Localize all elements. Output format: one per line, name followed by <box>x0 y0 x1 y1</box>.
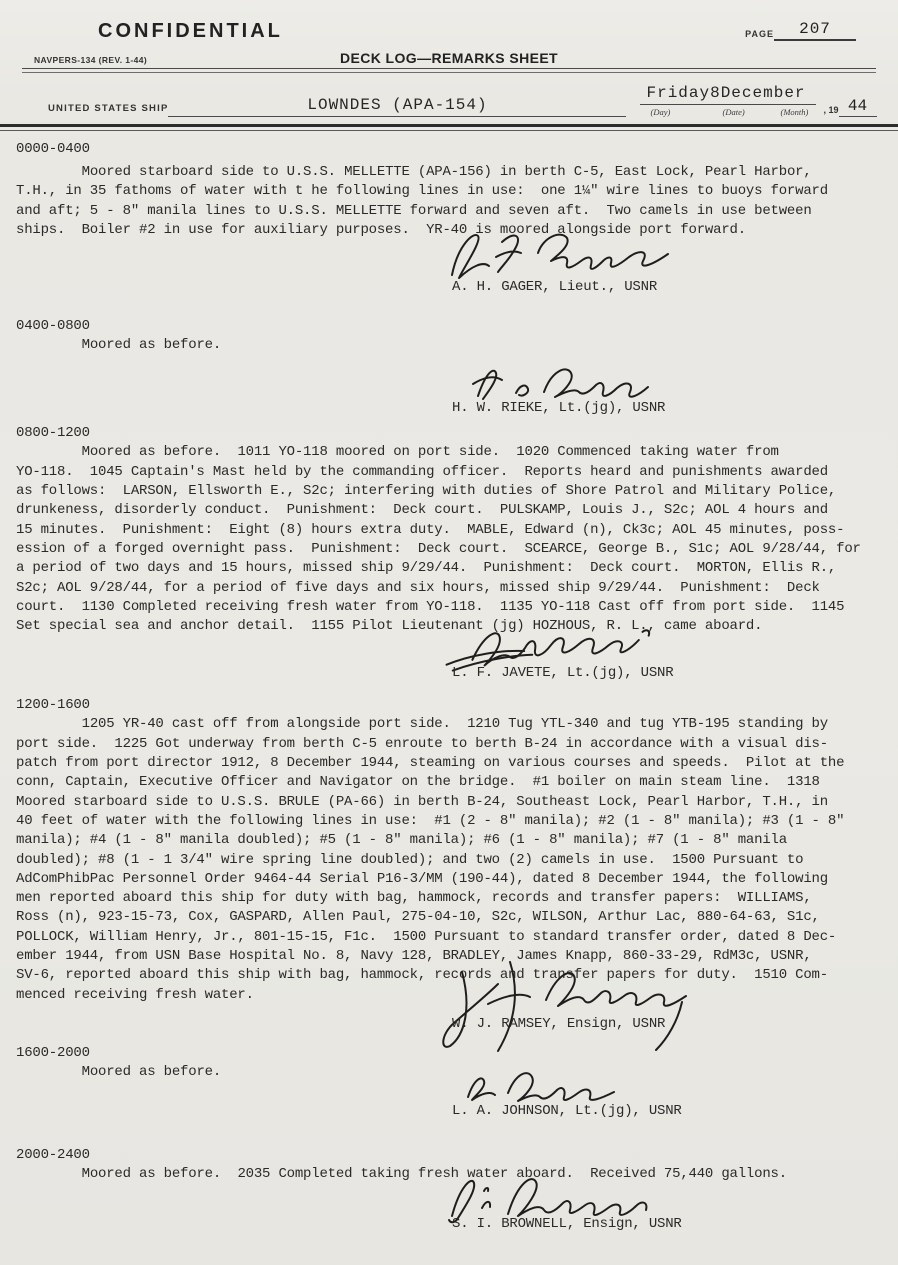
entry-text: Moored as before. <box>16 336 886 355</box>
log-entry-0400-0800: 0400-0800 Moored as before. H. W. RIEKE,… <box>16 317 886 416</box>
ship-identification-row: UNITED STATES SHIP LOWNDES (APA-154) Fri… <box>48 84 868 117</box>
document-title: DECK LOG—REMARKS SHEET <box>340 50 558 66</box>
date-group: Friday 8 December (Day) (Date) (Month) <box>640 84 815 117</box>
log-entry-0000-0400: 0000-0400 Moored starboard side to U.S.S… <box>16 140 886 295</box>
handwritten-signature-rieke <box>466 362 656 404</box>
log-entry-1200-1600: 1200-1600 1205 YR-40 cast off from along… <box>16 696 886 1031</box>
signature-block: S. I. BROWNELL, Ensign, USNR <box>452 1213 812 1232</box>
day-caption: (Day) <box>650 107 722 117</box>
signature-block: W. J. RAMSEY, Ensign, USNR <box>452 1013 812 1032</box>
log-entry-2000-2400: 2000-2400 Moored as before. 2035 Complet… <box>16 1146 886 1231</box>
page-number: 207 <box>774 20 856 41</box>
entry-text: Moored as before. 1011 YO-118 moored on … <box>16 443 886 636</box>
month-caption: (Month) <box>780 107 808 117</box>
signature-block: H. W. RIEKE, Lt.(jg), USNR <box>452 397 812 416</box>
year-group: , 19 44 <box>824 97 877 117</box>
year-value: 44 <box>839 97 877 117</box>
signature-typed-name: L. A. JOHNSON, Lt.(jg), USNR <box>452 1103 682 1119</box>
log-entry-0800-1200: 0800-1200 Moored as before. 1011 YO-118 … <box>16 424 886 681</box>
ship-label: UNITED STATES SHIP <box>48 103 168 117</box>
log-entry-1600-2000: 1600-2000 Moored as before. L. A. JOHNSO… <box>16 1044 886 1119</box>
entry-text: Moored starboard side to U.S.S. MELLETTE… <box>16 163 886 240</box>
ship-name: LOWNDES (APA-154) <box>168 96 626 117</box>
page-label: PAGE <box>745 29 774 41</box>
signature-typed-name: L. F. JAVETE, Lt.(jg), USNR <box>452 665 673 681</box>
date-line: Friday 8 December <box>640 84 815 105</box>
header-divider <box>22 68 876 73</box>
signature-block: L. A. JOHNSON, Lt.(jg), USNR <box>452 1100 812 1119</box>
watch-time-range: 1200-1600 <box>16 696 886 715</box>
signature-typed-name: A. H. GAGER, Lieut., USNR <box>452 279 657 295</box>
watch-time-range: 0400-0800 <box>16 317 886 336</box>
signature-block: L. F. JAVETE, Lt.(jg), USNR <box>452 662 812 681</box>
header-heavy-rule <box>0 124 898 131</box>
watch-time-range: 1600-2000 <box>16 1044 886 1063</box>
classification-stamp: CONFIDENTIAL <box>98 20 283 43</box>
year-prefix: , 19 <box>824 105 839 117</box>
form-number: NAVPERS-134 (REV. 1-44) <box>34 55 147 65</box>
entry-text: 1205 YR-40 cast off from alongside port … <box>16 715 886 1004</box>
watch-time-range: 0800-1200 <box>16 424 886 443</box>
page-number-field: PAGE 207 <box>745 20 856 41</box>
day-value: Friday <box>646 84 710 102</box>
date-value: 8 <box>710 84 721 102</box>
date-caption: (Date) <box>722 107 780 117</box>
entry-text: Moored as before. 2035 Completed taking … <box>16 1165 886 1184</box>
signature-typed-name: H. W. RIEKE, Lt.(jg), USNR <box>452 400 665 416</box>
signature-typed-name: S. I. BROWNELL, Ensign, USNR <box>452 1216 682 1232</box>
signature-block: A. H. GAGER, Lieut., USNR <box>452 276 812 295</box>
entry-text: Moored as before. <box>16 1063 886 1082</box>
log-entries: 0000-0400 Moored starboard side to U.S.S… <box>16 132 886 1232</box>
signature-typed-name: W. J. RAMSEY, Ensign, USNR <box>452 1016 665 1032</box>
month-value: December <box>721 84 806 102</box>
page-header: CONFIDENTIAL PAGE 207 NAVPERS-134 (REV. … <box>0 0 898 132</box>
watch-time-range: 2000-2400 <box>16 1146 886 1165</box>
deck-log-page: CONFIDENTIAL PAGE 207 NAVPERS-134 (REV. … <box>0 0 898 1265</box>
date-captions: (Day) (Date) (Month) <box>640 105 815 117</box>
watch-time-range: 0000-0400 <box>16 140 886 159</box>
